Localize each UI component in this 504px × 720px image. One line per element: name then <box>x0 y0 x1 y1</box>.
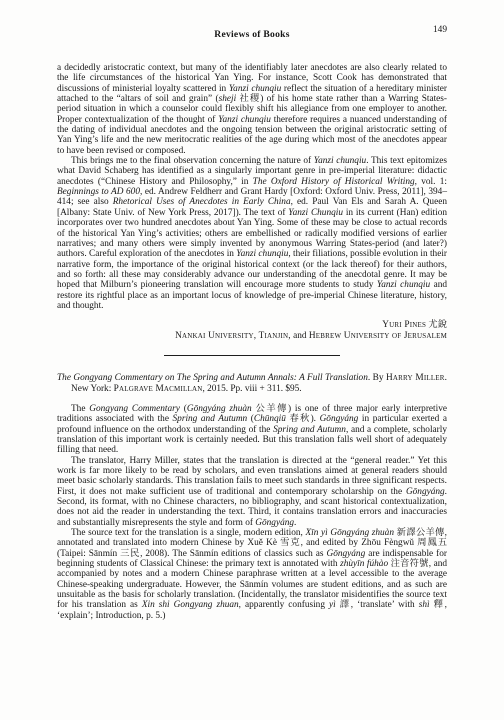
reviewer-name: Yuri Pines 尤銳 <box>57 320 447 331</box>
italic-text: zhùyīn fúhào <box>340 559 388 569</box>
italic-text: Spring and Autumn <box>173 414 248 424</box>
content-column: Reviews of Books 149 a decidedly aristoc… <box>57 0 447 621</box>
italic-text: Spring and Autumn <box>273 425 346 435</box>
italic-text: Xin shi Gongyang zhuan <box>142 600 239 610</box>
italic-text: Rhetorical Uses of Anecdotes in Early Ch… <box>113 197 291 207</box>
review-separator-rule <box>164 355 340 356</box>
italic-text: Chūnqiū <box>254 414 286 424</box>
italic-text: shì <box>419 600 430 610</box>
plain-text: . By <box>368 373 386 383</box>
plain-text: The <box>71 404 89 414</box>
italic-text: The Gongyang Commentary on The Spring an… <box>57 373 368 383</box>
plain-text: . <box>294 518 296 528</box>
italic-text: Yanzi chunqiu <box>377 280 430 290</box>
italic-text: Gōngyáng <box>406 487 445 497</box>
plain-text: , vol. 1: <box>415 177 447 187</box>
page-header: Reviews of Books 149 <box>57 24 447 36</box>
italic-text: Gongyang Commentary <box>89 404 180 414</box>
italic-text: Gōngyáng zhuàn <box>187 404 252 414</box>
book-citation-heading: The Gongyang Commentary on The Spring an… <box>57 373 447 395</box>
reviewer-affiliation: Nankai University, Tianjin, and Hebrew U… <box>57 331 447 342</box>
smallcaps-text: Yuri Pines <box>382 320 426 330</box>
italic-text: Yanzi chunqiu <box>314 156 366 166</box>
italic-text: Gōngyáng <box>255 518 294 528</box>
plain-text: , 2015. Pp. viii + 311. $95. <box>202 384 301 394</box>
italic-text: sheji <box>219 94 237 104</box>
italic-text: The Oxford History of Historical Writing <box>253 177 415 187</box>
plain-text: The source text for the translation is a… <box>71 528 306 538</box>
paragraph: The Gongyang Commentary (Gōngyáng zhuàn … <box>57 404 447 456</box>
running-title: Reviews of Books <box>214 29 289 40</box>
smallcaps-text: Harry Miller <box>386 373 445 383</box>
smallcaps-text: Nankai University, Tianjin, <box>175 331 291 341</box>
italic-text: Yanzi chunqiu <box>229 84 281 94</box>
plain-text: This brings me to the final observation … <box>71 156 314 166</box>
smallcaps-text: Palgrave Macmillan <box>114 384 203 394</box>
italic-text: Gōngyáng <box>320 414 359 424</box>
plain-text: and <box>291 331 309 341</box>
smallcaps-text: Hebrew University of Jerusalem <box>309 331 447 341</box>
plain-text: The translator, Harry Miller, states tha… <box>57 456 447 497</box>
plain-text: ( <box>180 404 187 414</box>
review-yanzi-paragraphs: a decidedly aristocratic context, but ma… <box>57 63 447 311</box>
italic-text: Gōngyáng <box>327 549 366 559</box>
paragraph: The source text for the translation is a… <box>57 528 447 621</box>
review-gongyang-section: The Gongyang Commentary (Gōngyáng zhuàn … <box>57 404 447 621</box>
plain-text: , apparently confusing <box>239 600 329 610</box>
page-number: 149 <box>433 25 447 35</box>
italic-text: Xīn yì Gōngyáng zhuàn <box>306 528 394 538</box>
italic-text: Yanzi chunqiu <box>236 249 288 259</box>
italic-text: Yanzi chunqiu <box>218 115 271 125</box>
review-yanzi-section: a decidedly aristocratic context, but ma… <box>57 63 447 342</box>
italic-text: Beginnings to AD 600 <box>57 187 140 197</box>
italic-text: yì <box>329 600 336 610</box>
journal-page: Reviews of Books 149 a decidedly aristoc… <box>0 0 504 720</box>
plain-text: 春秋). <box>286 414 320 424</box>
paragraph: The translator, Harry Miller, states tha… <box>57 456 447 528</box>
italic-text: Yanzi Chunqiu <box>288 208 343 218</box>
paragraph: This brings me to the final observation … <box>57 156 447 311</box>
plain-text: 尤銳 <box>426 320 447 330</box>
plain-text: ( <box>247 414 254 424</box>
paragraph: a decidedly aristocratic context, but ma… <box>57 63 447 156</box>
plain-text: 譯, ‘translate’ with <box>336 600 419 610</box>
signature-block: Yuri Pines 尤銳 Nankai University, Tianjin… <box>57 320 447 342</box>
